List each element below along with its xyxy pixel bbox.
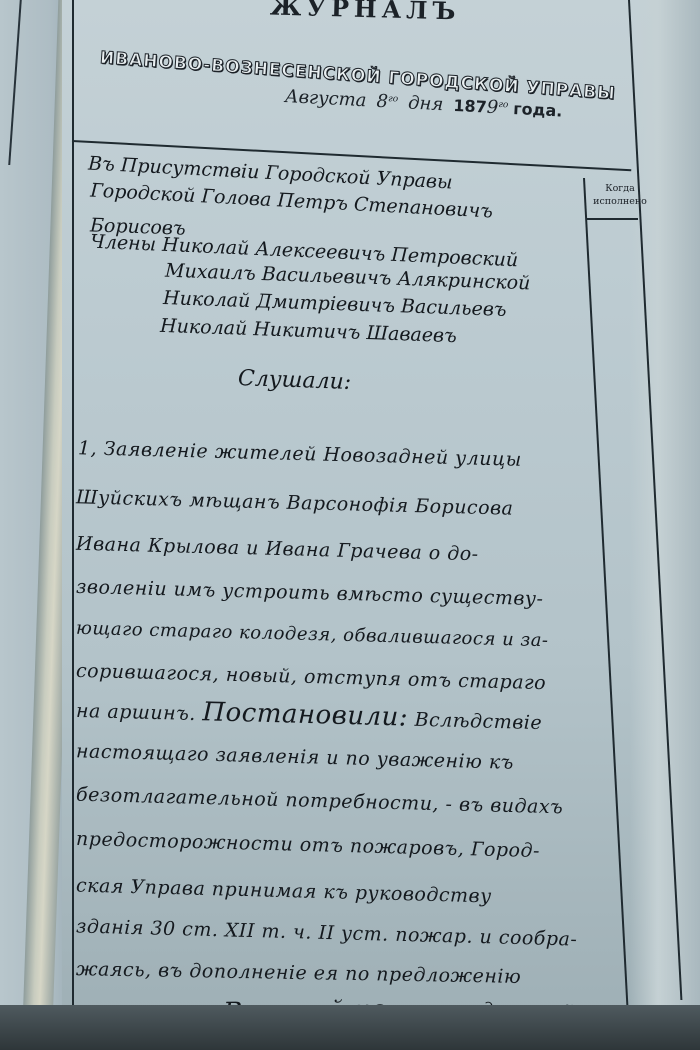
date-month: Августа [284, 86, 367, 111]
date-year-handwritten: 9 [486, 97, 499, 119]
date-year-word: года. [513, 99, 563, 121]
page-bottom-shadow [0, 1005, 700, 1050]
page-edge [630, 0, 700, 1050]
resolution-label: Постановили: [202, 697, 408, 732]
date-day: 8 [376, 91, 389, 113]
page-frame-left-rule [72, 0, 74, 1035]
date-year-suffix: го [498, 100, 508, 111]
item-number: 1, [78, 437, 98, 459]
resolution-start: Вслѣдствiе [414, 709, 542, 734]
margin-column-header: Когда исполнено [590, 182, 650, 208]
section-heading: Слушали: [238, 366, 352, 395]
margin-column-header-rule [586, 218, 638, 220]
date-day-suffix: го [388, 94, 398, 105]
date-day-word: дня [408, 92, 444, 115]
date-year-printed: 187 [453, 96, 487, 117]
